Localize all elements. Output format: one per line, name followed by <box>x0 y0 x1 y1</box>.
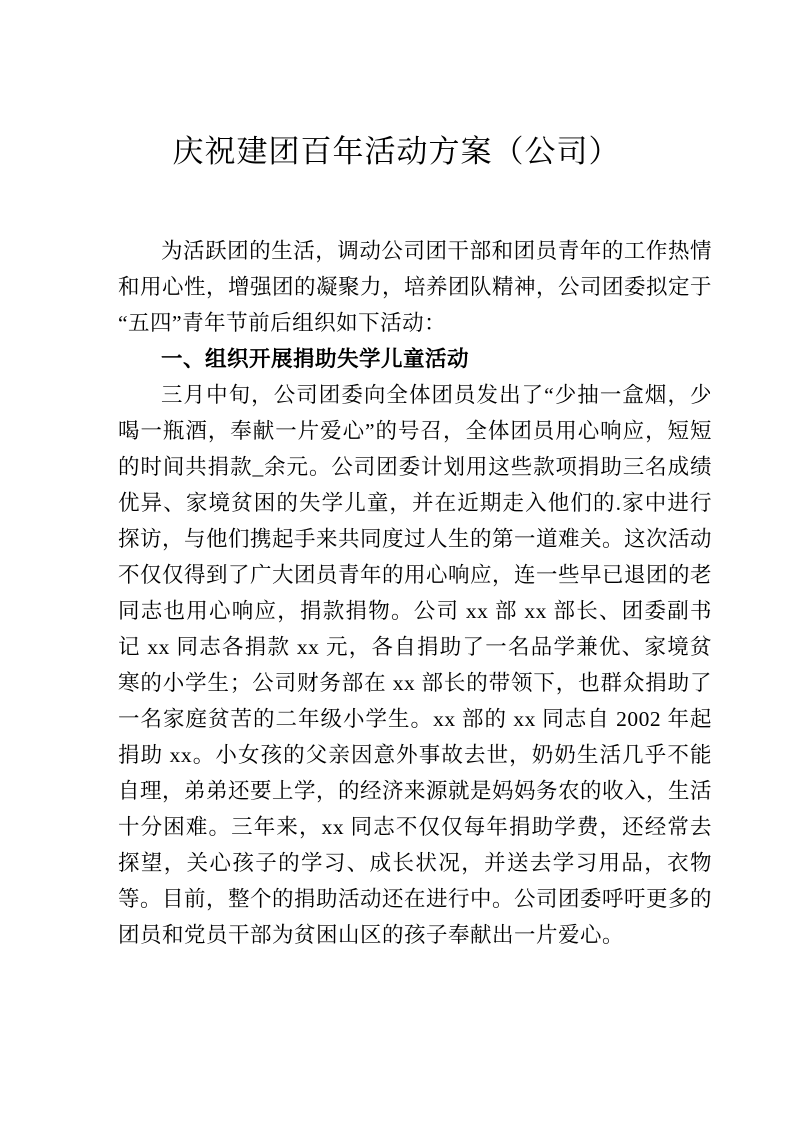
document-page: 庆祝建团百年活动方案（公司） 为活跃团的生活，调动公司团干部和团员青年的工作热情… <box>0 0 793 1122</box>
section1-paragraph: 三月中旬，公司团委向全体团员发出了“少抽一盒烟，少喝一瓶酒，奉献一片爱心”的号召… <box>118 377 712 953</box>
intro-paragraph: 为活跃团的生活，调动公司团干部和团员青年的工作热情和用心性，增强团的凝聚力，培养… <box>118 233 712 341</box>
section1-heading: 一、组织开展捐助失学儿童活动 <box>118 341 712 377</box>
title-area: 庆祝建团百年活动方案（公司） <box>0 0 793 170</box>
document-title: 庆祝建团百年活动方案（公司） <box>0 133 793 170</box>
document-body: 为活跃团的生活，调动公司团干部和团员青年的工作热情和用心性，增强团的凝聚力，培养… <box>118 233 712 953</box>
